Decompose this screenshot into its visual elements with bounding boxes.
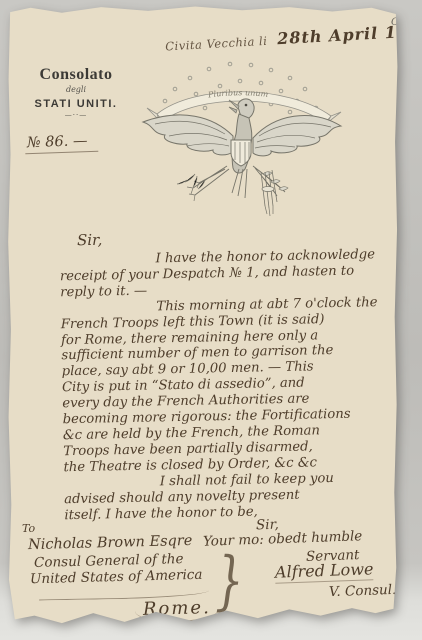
signature-name: Alfred Lowe: [275, 559, 374, 583]
letter-paper: C Civita Vecchia li28th April 1849 Conso…: [7, 4, 399, 630]
addressee-to: To: [22, 522, 35, 535]
letterhead-divider: —··—: [21, 111, 131, 119]
us-eagle-emblem-icon: Pluribus unum: [135, 56, 347, 224]
dateline-date: 28th April 1849: [277, 21, 422, 49]
addressee-line-2: United States of America: [30, 567, 203, 588]
addressee-city: Rome.: [135, 597, 219, 623]
docket-number: № 86. —: [25, 133, 98, 155]
signature-title: V. Consul.: [329, 582, 397, 600]
consulate-letterhead: Consolato degli STATI UNITI. —··—: [21, 66, 131, 119]
letterhead-subtitle: degli: [21, 85, 131, 94]
addressee-brace: }: [215, 544, 244, 618]
photo-backdrop: C Civita Vecchia li28th April 1849 Conso…: [0, 0, 422, 640]
letter-body: I have the honor to acknowledgereceipt o…: [59, 247, 400, 524]
letterhead-title: Consolato: [21, 66, 131, 84]
letterhead-country: STATI UNITI.: [21, 98, 131, 110]
dateline-place: Civita Vecchia li: [165, 34, 268, 54]
addressee-name: Nicholas Brown Esqre: [28, 533, 193, 553]
dateline: Civita Vecchia li28th April 1849: [165, 21, 422, 55]
salutation: Sir,: [77, 231, 103, 249]
